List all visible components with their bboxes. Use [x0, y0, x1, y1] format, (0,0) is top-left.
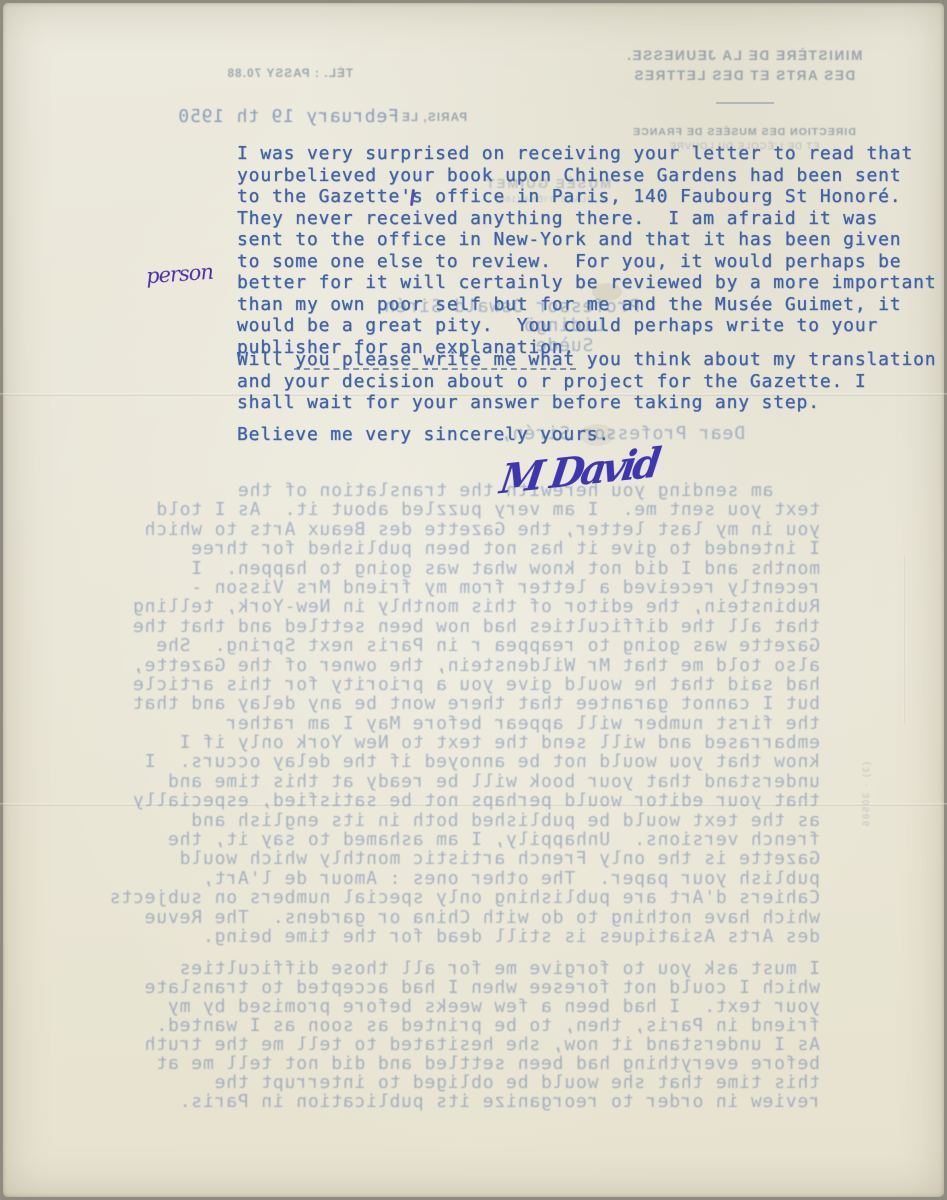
typed-line: than my own poor self but for me and the… [237, 294, 936, 316]
typed-line: yourbelieved your book upon Chinese Gard… [237, 165, 936, 187]
typed-line: and your decision about o r project for … [237, 371, 936, 393]
closing-line: Believe me very sincerely yours. [237, 424, 610, 446]
typed-line: to the Gazette's office in Paris, 140 Fa… [237, 186, 936, 208]
fold-crease [0, 803, 947, 806]
typed-paragraph-1: I was very surprised on receiving your l… [237, 143, 936, 358]
typed-line: would be a great pity. You could perhaps… [237, 315, 936, 337]
handwritten-annotation: person [145, 260, 213, 289]
typed-line: I was very surprised on receiving your l… [237, 143, 936, 165]
typed-line: sent to the office in New-York and that … [237, 229, 936, 251]
typed-line: to some one else to review. For you, it … [237, 251, 936, 273]
scanned-letter-screenshot: { "scan": { "paper_color": "#eae7d9", "t… [0, 0, 947, 1200]
typed-paragraph-2: Will you please write me what you think … [237, 349, 936, 414]
typed-line: better for it will certainly be reviewed… [237, 272, 936, 294]
typed-line: shall wait for your answer before taking… [237, 392, 936, 414]
paper-wrinkle [903, 555, 905, 725]
dashed-underline [294, 368, 576, 370]
typed-line: They never received anything there. I am… [237, 208, 936, 230]
